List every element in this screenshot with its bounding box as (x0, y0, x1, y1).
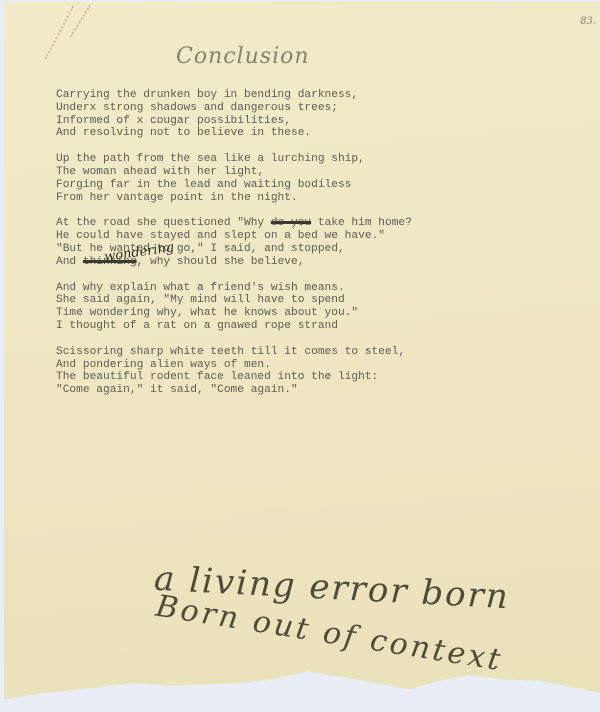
struck-word: do you (271, 217, 311, 229)
poem-line: And resolving not to believe in these. (56, 127, 412, 140)
poem-line: And why explain what a friend's wish mea… (56, 282, 412, 295)
poem-line: The woman ahead with her light, (56, 166, 412, 179)
poem-line: She said again, "My mind will have to sp… (56, 294, 412, 307)
poem-line: Carrying the drunken boy in bending dark… (56, 89, 412, 102)
manuscript-page: 83. Conclusion Carrying the drunken boy … (4, 2, 600, 712)
poem-line: Time wondering why, what he knows about … (56, 307, 412, 320)
poem-line: Underx strong shadows and dangerous tree… (56, 102, 412, 115)
poem-line: "Come again," it said, "Come again." (56, 384, 412, 397)
poem-line: Scissoring sharp white teeth till it com… (56, 346, 412, 359)
poem-line: Forging far in the lead and waiting bodi… (56, 179, 412, 192)
poem-line: I thought of a rat on a gnawed rope stra… (56, 320, 412, 333)
page-number: 83. (580, 16, 596, 27)
poem-line: At the road she questioned "Why do you t… (56, 217, 412, 230)
handwritten-title: Conclusion (176, 44, 310, 69)
stanza-5: Scissoring sharp white teeth till it com… (56, 346, 412, 397)
stanza-1: Carrying the drunken boy in bending dark… (56, 89, 412, 140)
poem-line: From her vantage point in the night. (56, 192, 412, 205)
poem-line: Informed of x cougar possibilities, (56, 115, 412, 128)
poem-line: And pondering alien ways of men. (56, 359, 412, 372)
poem-line: He could have stayed and slept on a bed … (56, 230, 412, 243)
poem-line: Up the path from the sea like a lurching… (56, 153, 412, 166)
stanza-4: And why explain what a friend's wish mea… (56, 282, 412, 333)
poem-line: The beautiful rodent face leaned into th… (56, 371, 412, 384)
stanza-2: Up the path from the sea like a lurching… (56, 153, 412, 204)
